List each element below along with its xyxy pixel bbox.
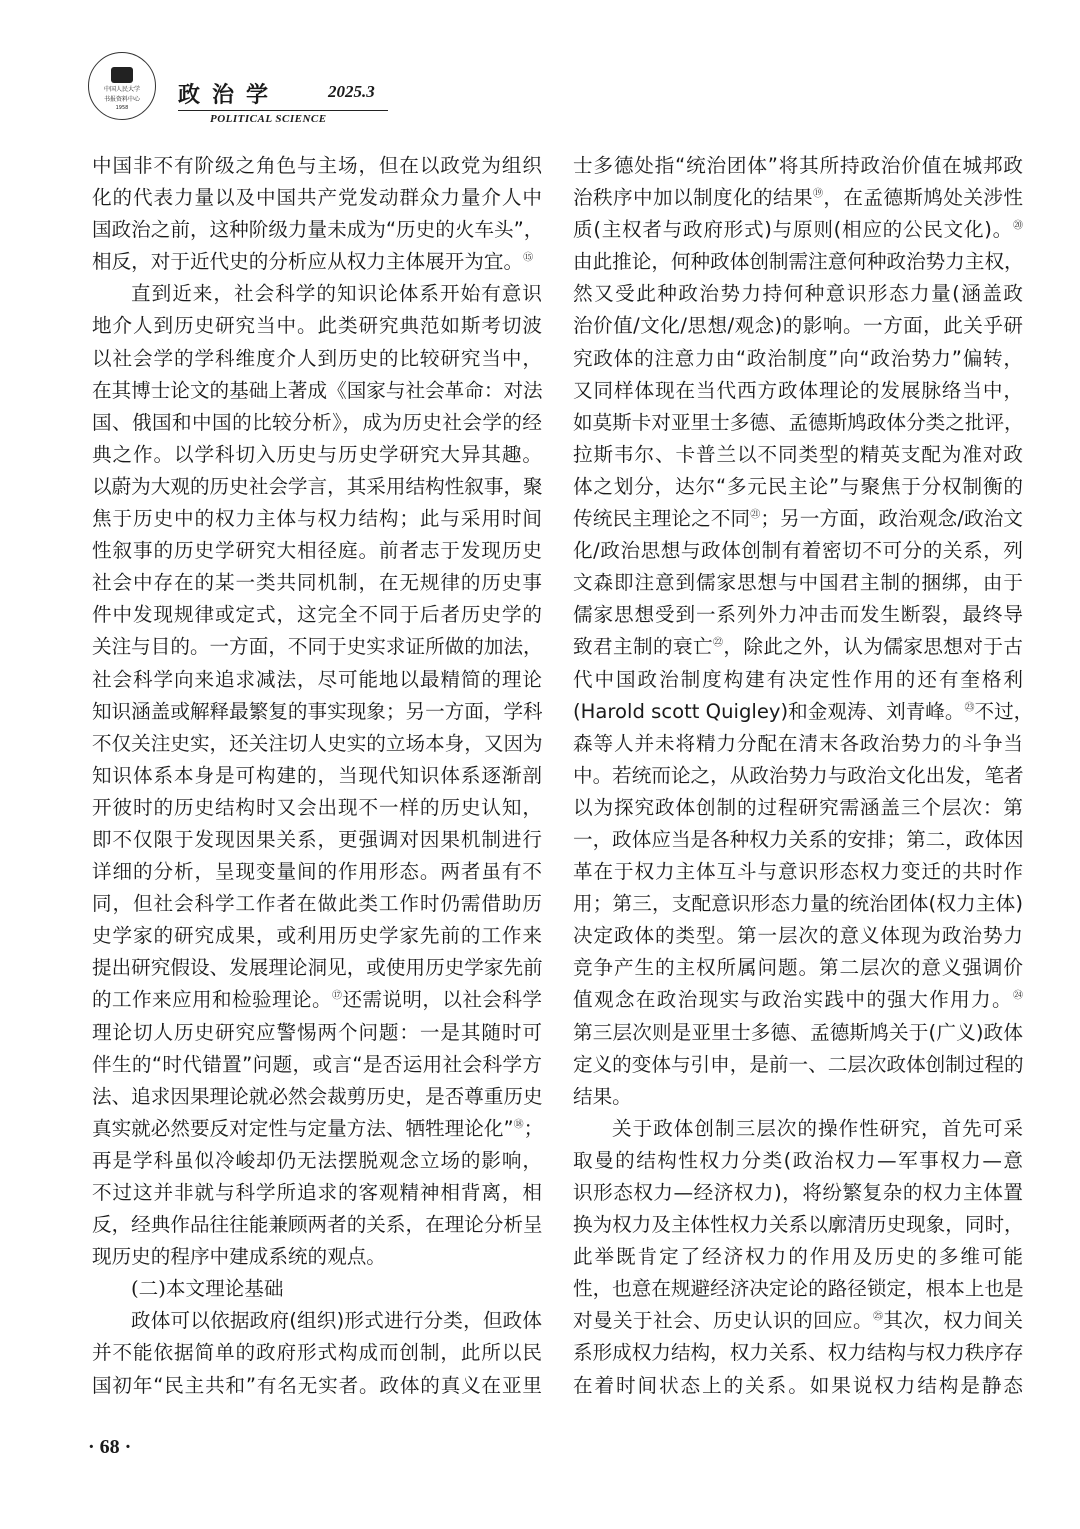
line-text: 致君主制的衰亡 [573, 635, 713, 658]
line-text: 结果。 [573, 1085, 632, 1108]
line-text: 又同样体现在当代西方政体理论的发展脉络当中， [573, 379, 1023, 402]
footnote-marker: ⑱ [514, 1119, 524, 1130]
line-text: 革在于权力主体互斗与意识形态权力变迁的共时作 [573, 860, 1023, 883]
line-text: 定义的变体与引申，是前一、二层次政体创制过程的 [573, 1053, 1023, 1076]
text-line: 第三层次则是亚里士多德、孟德斯鸠关于(广义)政体 [573, 1017, 1023, 1049]
line-text: 国、俄国和中国的比较分析》，成为历史社会学的经 [92, 411, 542, 434]
line-text: 直到近来，社会科学的知识论体系开始有意识 [131, 282, 542, 305]
text-line: 决定政体的类型。第一层次的意义体现为政治势力 [573, 920, 1023, 952]
text-line: 理论切人历史研究应警惕两个问题：一是其随时可 [92, 1017, 542, 1049]
text-line: 史学家的研究成果，或利用历史学家先前的工作来 [92, 920, 542, 952]
text-line: 政体可以依据政府(组织)形式进行分类，但政体 [92, 1305, 542, 1337]
line-text: 治秩序中加以制度化的结果 [573, 186, 813, 209]
line-text: 的工作来应用和检验理论。 [92, 988, 332, 1011]
line-text: 国政治之前，这种阶级力量未成为“历史的火车头”， [92, 218, 542, 241]
text-line: 用；第三，支配意识形态力量的统治团体(权力主体) [573, 888, 1023, 920]
text-line: 法、追求因果理论就必然会裁剪历史，是否尊重历史 [92, 1081, 542, 1113]
line-text: 史学家的研究成果，或利用历史学家先前的工作来 [92, 924, 542, 947]
journal-issue: 2025.3 [328, 82, 375, 102]
line-text: 提出研究假设、发展理论洞见，或使用历史学家先前 [92, 956, 542, 979]
logo-text-cn-2: 书报资料中心 [104, 96, 140, 103]
line-text: 以为探究政体创制的过程研究需涵盖三个层次：第 [573, 796, 1023, 819]
line-text: 拉斯韦尔、卡普兰以不同类型的精英支配为准对政 [573, 443, 1023, 466]
text-line: 革在于权力主体互斗与意识形态权力变迁的共时作 [573, 856, 1023, 888]
journal-header: 中国人民大学 书报资料中心 1958 政治学 2025.3 POLITICAL … [88, 52, 448, 142]
line-text-continued: 其次，权力间关 [883, 1309, 1023, 1332]
line-text: 并不能依据简单的政府形式构成而创制，此所以民 [92, 1341, 542, 1364]
text-line: 此举既肯定了经济权力的作用及历史的多维可能 [573, 1241, 1023, 1273]
line-text: 质(主权者与政府形式)与原则(相应的公民文化)。 [573, 218, 1013, 241]
line-text: 详细的分析，呈现变量间的作用形态。两者虽有不 [92, 860, 542, 883]
text-line: 森等人并未将精力分配在清末各政治势力的斗争当 [573, 728, 1023, 760]
line-text: 现历史的程序中建成系统的观点。 [92, 1245, 386, 1268]
text-line: 在着时间状态上的关系。如果说权力结构是静态 [573, 1370, 1023, 1402]
line-text: 法、追求因果理论就必然会裁剪历史，是否尊重历史 [92, 1085, 542, 1108]
text-line: 儒家思想受到一系列外力冲击而发生断裂，最终导 [573, 599, 1023, 631]
line-text: 士多德处指“统治团体”将其所持政治价值在城邦政 [573, 154, 1023, 177]
line-text: 换为权力及主体性权力关系以廓清历史现象，同时， [573, 1213, 1023, 1236]
line-text: 第三层次则是亚里士多德、孟德斯鸠关于(广义)政体 [573, 1021, 1023, 1044]
line-text: 代中国政治制度构建有决定性作用的还有奎格利 [573, 668, 1023, 691]
line-text: 由此推论，何种政体创制需注意何种政治势力主权， [573, 250, 1023, 273]
text-line: 治价值/文化/思想/观念)的影响。一方面，此关乎研 [573, 310, 1023, 342]
text-line: 中。若统而论之，从政治势力与政治文化出发，笔者 [573, 760, 1023, 792]
text-line: 治秩序中加以制度化的结果⑲，在孟德斯鸠处关涉性 [573, 182, 1023, 214]
text-line: 拉斯韦尔、卡普兰以不同类型的精英支配为准对政 [573, 439, 1023, 471]
text-line: 并不能依据简单的政府形式构成而创制，此所以民 [92, 1337, 542, 1369]
text-line: 国、俄国和中国的比较分析》，成为历史社会学的经 [92, 407, 542, 439]
text-line: 典之作。以学科切入历史与历史学研究大异其趣。 [92, 439, 542, 471]
line-text: 政体可以依据政府(组织)形式进行分类，但政体 [131, 1309, 542, 1332]
journal-title: 政治学 [178, 78, 280, 109]
text-line: 地介人到历史研究当中。此类研究典范如斯考切波 [92, 310, 542, 342]
line-text: 社会科学向来追求减法，尽可能地以最精简的理论 [92, 668, 542, 691]
text-line: 结果。 [573, 1081, 1023, 1113]
text-line: 直到近来，社会科学的知识论体系开始有意识 [92, 278, 542, 310]
footnote-marker: ㉔ [1013, 991, 1023, 1002]
left-text-column: 中国非不有阶级之角色与主场，但在以政党为组织化的代表力量以及中国共产党发动群众力… [92, 150, 542, 1402]
text-line: 传统民主理论之不同㉑；另一方面，政治观念/政治文 [573, 503, 1023, 535]
text-line: 如莫斯卡对亚里士多德、孟德斯鸠政体分类之批评， [573, 407, 1023, 439]
publisher-logo: 中国人民大学 书报资料中心 1958 [88, 52, 156, 120]
text-line: 关于政体创制三层次的操作性研究，首先可采 [573, 1113, 1023, 1145]
text-line: 知识涵盖或解释最繁复的事实现象；另一方面，学科 [92, 696, 542, 728]
line-text: 以蔚为大观的历史社会学言，其采用结构性叙事，聚 [92, 475, 542, 498]
line-text: 取曼的结构性权力分类(政治权力—军事权力—意 [573, 1149, 1023, 1172]
text-line: 一，政体应当是各种权力关系的安排；第二，政体因 [573, 824, 1023, 856]
line-text: 焦于历史中的权力主体与权力结构；此与采用时间 [92, 507, 542, 530]
text-line: 中国非不有阶级之角色与主场，但在以政党为组织 [92, 150, 542, 182]
text-line: 不过这并非就与科学所追求的客观精神相背离，相 [92, 1177, 542, 1209]
footnote-marker: ⑳ [1013, 221, 1023, 232]
line-text: 以社会学的学科维度介人到历史的比较研究当中， [92, 347, 542, 370]
text-line: 以蔚为大观的历史社会学言，其采用结构性叙事，聚 [92, 471, 542, 503]
journal-subtitle: POLITICAL SCIENCE [210, 113, 327, 125]
line-text-continued: 不过，列文 [974, 700, 1023, 723]
text-line: 即不仅限于发现因果关系，更强调对因果机制进行 [92, 824, 542, 856]
line-text-continued: ，在孟德斯鸠处关涉性 [823, 186, 1023, 209]
line-text: 关注与目的。一方面，不同于史实求证所做的加法， [92, 635, 542, 658]
line-text: 体之划分，达尔“多元民主论”与聚焦于分权制衡的 [573, 475, 1023, 498]
text-line: 性，也意在规避经济决定论的路径锁定，根本上也是 [573, 1273, 1023, 1305]
text-line: 取曼的结构性权力分类(政治权力—军事权力—意 [573, 1145, 1023, 1177]
line-text: 此举既肯定了经济权力的作用及历史的多维可能 [573, 1245, 1023, 1268]
line-text: 然又受此种政治势力持何种意识形态力量(涵盖政 [573, 282, 1023, 305]
page-number: · 68 · [88, 1436, 131, 1459]
text-line: (Harold scott Quigley)和金观涛、刘青峰。㉓不过，列文 [573, 696, 1023, 728]
line-text: 典之作。以学科切入历史与历史学研究大异其趣。 [92, 443, 542, 466]
text-line: 文森即注意到儒家思想与中国君主制的捆绑，由于 [573, 567, 1023, 599]
book-icon [111, 67, 133, 83]
line-text: 传统民主理论之不同 [573, 507, 750, 530]
text-line: 又同样体现在当代西方政体理论的发展脉络当中， [573, 375, 1023, 407]
text-line: 提出研究假设、发展理论洞见，或使用历史学家先前 [92, 952, 542, 984]
line-text: 文森即注意到儒家思想与中国君主制的捆绑，由于 [573, 571, 1023, 594]
line-text: 再是学科虽似冷峻却仍无法摆脱观念立场的影响， [92, 1149, 542, 1172]
text-line: 对曼关于社会、历史认识的回应。㉕其次，权力间关 [573, 1305, 1023, 1337]
line-text: 识形态权力—经济权力)，将纷繁复杂的权力主体置 [573, 1181, 1023, 1204]
line-text: 系形成权力结构，权力关系、权力结构与权力秩序存 [573, 1341, 1023, 1364]
text-line: 代中国政治制度构建有决定性作用的还有奎格利 [573, 664, 1023, 696]
right-text-column: 士多德处指“统治团体”将其所持政治价值在城邦政治秩序中加以制度化的结果⑲，在孟德… [573, 150, 1023, 1402]
footnote-marker: ⑰ [332, 991, 342, 1002]
line-text: 件中发现规律或定式，这完全不同于后者历史学的 [92, 603, 542, 626]
line-text: 中国非不有阶级之角色与主场，但在以政党为组织 [92, 154, 542, 177]
logo-year: 1958 [116, 105, 129, 111]
text-line: 同，但社会科学工作者在做此类工作时仍需借助历 [92, 888, 542, 920]
line-text: 化的代表力量以及中国共产党发动群众力量介人中 [92, 186, 542, 209]
footnote-marker: ⑮ [523, 253, 533, 264]
text-line: 件中发现规律或定式，这完全不同于后者历史学的 [92, 599, 542, 631]
text-line: 焦于历史中的权力主体与权力结构；此与采用时间 [92, 503, 542, 535]
line-text: 在着时间状态上的关系。如果说权力结构是静态 [573, 1374, 1023, 1397]
footnote-marker: ㉓ [964, 702, 974, 713]
header-divider [178, 110, 388, 111]
line-text: 不过这并非就与科学所追求的客观精神相背离，相 [92, 1181, 542, 1204]
line-text: 国初年“民主共和”有名无实者。政体的真义在亚里 [92, 1374, 542, 1397]
line-text: 儒家思想受到一系列外力冲击而发生断裂，最终导 [573, 603, 1023, 626]
line-text: 同，但社会科学工作者在做此类工作时仍需借助历 [92, 892, 542, 915]
text-line: 国初年“民主共和”有名无实者。政体的真义在亚里 [92, 1370, 542, 1402]
line-text: 社会中存在的某一类共同机制，在无规律的历史事 [92, 571, 542, 594]
text-line: 以社会学的学科维度介人到历史的比较研究当中， [92, 343, 542, 375]
text-line: 反，经典作品往往能兼顾两者的关系，在理论分析呈 [92, 1209, 542, 1241]
line-text-continued: ；另一方面，政治观念/政治文 [760, 507, 1023, 530]
text-line: 社会科学向来追求减法，尽可能地以最精简的理论 [92, 664, 542, 696]
line-text: 一，政体应当是各种权力关系的安排；第二，政体因 [573, 828, 1023, 851]
text-line: 化的代表力量以及中国共产党发动群众力量介人中 [92, 182, 542, 214]
line-text: 伴生的“时代错置”问题，或言“是否运用社会科学方 [92, 1053, 542, 1076]
text-line: 的工作来应用和检验理论。⑰还需说明，以社会科学 [92, 984, 542, 1016]
text-line: 不仅关注史实，还关注切人史实的立场本身，又因为 [92, 728, 542, 760]
line-text: 真实就必然要反对定性与定量方法、牺牲理论化” [92, 1117, 514, 1140]
text-line: 士多德处指“统治团体”将其所持政治价值在城邦政 [573, 150, 1023, 182]
line-text: 究政体的注意力由“政治制度”向“政治势力”偏转， [573, 347, 1023, 370]
section-subheading: (二)本文理论基础 [92, 1273, 542, 1305]
line-text: 开彼时的历史结构时又会出现不一样的历史认知， [92, 796, 542, 819]
line-text: 即不仅限于发现因果关系，更强调对因果机制进行 [92, 828, 542, 851]
line-text: 性叙事的历史学研究大相径庭。前者志于发现历史 [92, 539, 542, 562]
line-text: 森等人并未将精力分配在清末各政治势力的斗争当 [573, 732, 1023, 755]
line-text: 中。若统而论之，从政治势力与政治文化出发，笔者 [573, 764, 1023, 787]
line-text: 理论切人历史研究应警惕两个问题：一是其随时可 [92, 1021, 542, 1044]
text-line: 伴生的“时代错置”问题，或言“是否运用社会科学方 [92, 1049, 542, 1081]
text-line: 竞争产生的主权所属问题。第二层次的意义强调价 [573, 952, 1023, 984]
text-line: 化/政治思想与政体创制有着密切不可分的关系，列 [573, 535, 1023, 567]
line-text: (二)本文理论基础 [131, 1277, 283, 1300]
line-text: 性，也意在规避经济决定论的路径锁定，根本上也是 [573, 1277, 1023, 1300]
text-line: 知识体系本身是可构建的，当现代知识体系逐渐剖 [92, 760, 542, 792]
line-text: 地介人到历史研究当中。此类研究典范如斯考切波 [92, 314, 542, 337]
text-line: 关注与目的。一方面，不同于史实求证所做的加法， [92, 631, 542, 663]
text-line: 质(主权者与政府形式)与原则(相应的公民文化)。⑳ [573, 214, 1023, 246]
footnote-marker: ㉑ [750, 510, 760, 521]
line-text: 在其博士论文的基础上著成《国家与社会革命：对法 [92, 379, 542, 402]
line-text: 相反，对于近代史的分析应从权力主体展开为宜。 [92, 250, 523, 273]
footnote-marker: ⑲ [813, 189, 823, 200]
text-line: 社会中存在的某一类共同机制，在无规律的历史事 [92, 567, 542, 599]
line-text: 关于政体创制三层次的操作性研究，首先可采 [612, 1117, 1023, 1140]
footnote-marker: ㉕ [873, 1312, 883, 1323]
text-line: 相反，对于近代史的分析应从权力主体展开为宜。⑮ [92, 246, 542, 278]
text-line: 再是学科虽似冷峻却仍无法摆脱观念立场的影响， [92, 1145, 542, 1177]
line-text: 如莫斯卡对亚里士多德、孟德斯鸠政体分类之批评， [573, 411, 1023, 434]
line-text: (Harold scott Quigley)和金观涛、刘青峰。 [573, 700, 964, 723]
line-text: 知识涵盖或解释最繁复的事实现象；另一方面，学科 [92, 700, 542, 723]
text-line: 在其博士论文的基础上著成《国家与社会革命：对法 [92, 375, 542, 407]
text-line: 系形成权力结构，权力关系、权力结构与权力秩序存 [573, 1337, 1023, 1369]
text-line: 换为权力及主体性权力关系以廓清历史现象，同时， [573, 1209, 1023, 1241]
line-text: 对曼关于社会、历史认识的回应。 [573, 1309, 873, 1332]
footnote-marker: ㉒ [713, 638, 723, 649]
text-line: 究政体的注意力由“政治制度”向“政治势力”偏转， [573, 343, 1023, 375]
text-line: 真实就必然要反对定性与定量方法、牺牲理论化”⑱； [92, 1113, 542, 1145]
line-text-continued: 还需说明，以社会科学 [342, 988, 542, 1011]
line-text-continued: ，除此之外，认为儒家思想对于古 [723, 635, 1023, 658]
line-text: 反，经典作品往往能兼顾两者的关系，在理论分析呈 [92, 1213, 542, 1236]
line-text: 用；第三，支配意识形态力量的统治团体(权力主体) [573, 892, 1023, 915]
line-text: 不仅关注史实，还关注切人史实的立场本身，又因为 [92, 732, 542, 755]
text-line: 开彼时的历史结构时又会出现不一样的历史认知， [92, 792, 542, 824]
line-text: 治价值/文化/思想/观念)的影响。一方面，此关乎研 [573, 314, 1023, 337]
text-line: 由此推论，何种政体创制需注意何种政治势力主权， [573, 246, 1023, 278]
text-line: 定义的变体与引申，是前一、二层次政体创制过程的 [573, 1049, 1023, 1081]
text-line: 致君主制的衰亡㉒，除此之外，认为儒家思想对于古 [573, 631, 1023, 663]
line-text: 知识体系本身是可构建的，当现代知识体系逐渐剖 [92, 764, 542, 787]
text-line: 现历史的程序中建成系统的观点。 [92, 1241, 542, 1273]
line-text: 化/政治思想与政体创制有着密切不可分的关系，列 [573, 539, 1023, 562]
line-text: 决定政体的类型。第一层次的意义体现为政治势力 [573, 924, 1023, 947]
line-text-continued: ； [524, 1117, 542, 1140]
line-text: 值观念在政治现实与政治实践中的强大作用力。 [573, 988, 1013, 1011]
logo-text-cn-1: 中国人民大学 [104, 86, 140, 93]
text-line: 以为探究政体创制的过程研究需涵盖三个层次：第 [573, 792, 1023, 824]
text-line: 识形态权力—经济权力)，将纷繁复杂的权力主体置 [573, 1177, 1023, 1209]
text-line: 性叙事的历史学研究大相径庭。前者志于发现历史 [92, 535, 542, 567]
text-line: 然又受此种政治势力持何种意识形态力量(涵盖政 [573, 278, 1023, 310]
text-line: 值观念在政治现实与政治实践中的强大作用力。㉔ [573, 984, 1023, 1016]
line-text: 竞争产生的主权所属问题。第二层次的意义强调价 [573, 956, 1023, 979]
text-line: 国政治之前，这种阶级力量未成为“历史的火车头”， [92, 214, 542, 246]
text-line: 详细的分析，呈现变量间的作用形态。两者虽有不 [92, 856, 542, 888]
text-line: 体之划分，达尔“多元民主论”与聚焦于分权制衡的 [573, 471, 1023, 503]
